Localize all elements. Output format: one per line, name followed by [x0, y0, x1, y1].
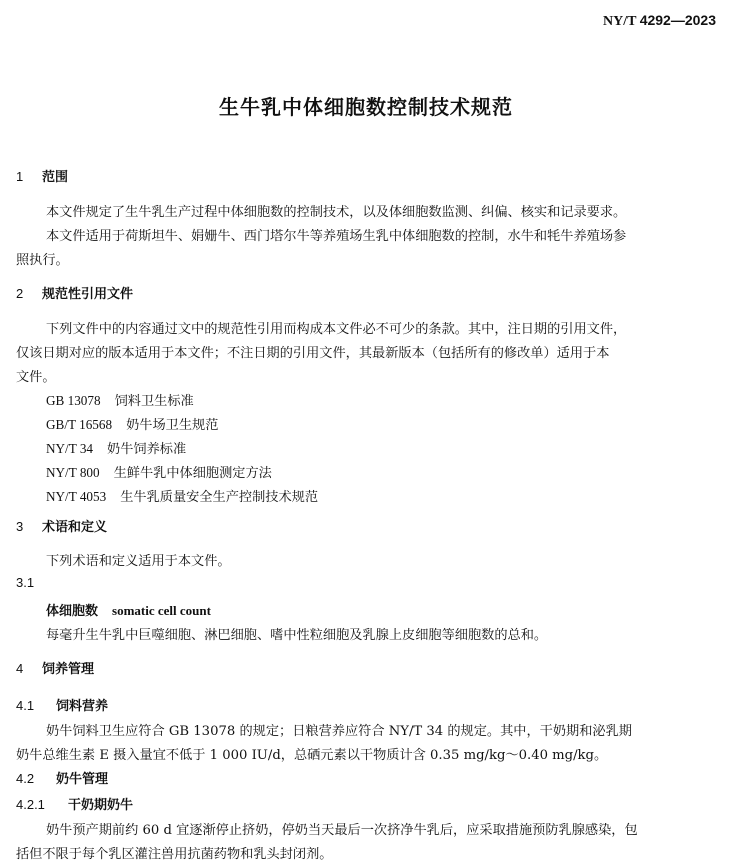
subsection-3-1-heading: 3.1	[16, 575, 42, 591]
paragraph: 本文件适用于荷斯坦牛、娟姗牛、西门塔尔牛等养殖场生乳中体细胞数的控制，水牛和牦牛…	[46, 225, 626, 244]
reference-code: NY/T 800	[46, 465, 100, 481]
section-title: 术语和定义	[42, 520, 107, 535]
section-4-heading: 4饲养管理	[16, 658, 94, 677]
section-title: 范围	[42, 170, 68, 185]
reference-name: 生鲜牛乳中体细胞测定方法	[114, 465, 272, 480]
term-definition: 每毫升生牛乳中巨噬细胞、淋巴细胞、嗜中性粒细胞及乳腺上皮细胞等细胞数的总和。	[46, 624, 547, 643]
reference-item: NY/T 800生鲜牛乳中体细胞测定方法	[46, 462, 272, 481]
section-number: 3	[16, 519, 42, 534]
section-title: 饲料营养	[56, 699, 108, 714]
reference-name: 奶牛饲养标准	[107, 441, 186, 456]
reference-item: GB/T 16568奶牛场卫生规范	[46, 414, 218, 433]
reference-code: NY/T 34	[46, 441, 93, 457]
term-zh: 体细胞数	[46, 604, 98, 619]
reference-item: NY/T 4053生牛乳质量安全生产控制技术规范	[46, 486, 318, 505]
section-title: 饲养管理	[42, 662, 94, 677]
paragraph: 奶牛饲料卫生应符合 GB 13078 的规定；日粮营养应符合 NY/T 34 的…	[46, 720, 632, 739]
section-title: 规范性引用文件	[42, 287, 133, 302]
paragraph: 下列文件中的内容通过文中的规范性引用而构成本文件必不可少的条款。其中，注日期的引…	[46, 318, 626, 337]
term-en: somatic cell count	[112, 603, 211, 618]
section-number: 2	[16, 286, 42, 301]
reference-code: NY/T 4053	[46, 489, 106, 505]
paragraph: 下列术语和定义适用于本文件。	[46, 550, 231, 569]
paragraph-continuation: 括但不限于每个乳区灌注兽用抗菌药物和乳头封闭剂。	[16, 843, 333, 862]
standard-prefix: NY/T	[603, 14, 636, 29]
subsection-4-1-heading: 4.1饲料营养	[16, 695, 108, 714]
section-title: 干奶期奶牛	[68, 798, 133, 813]
standard-code: 4292—2023	[640, 12, 716, 28]
section-number: 3.1	[16, 575, 42, 590]
section-2-heading: 2规范性引用文件	[16, 283, 133, 302]
subsection-4-2-1-heading: 4.2.1干奶期奶牛	[16, 794, 133, 813]
section-number: 4.2	[16, 771, 56, 786]
reference-code: GB/T 16568	[46, 417, 112, 433]
reference-code: GB 13078	[46, 393, 101, 409]
paragraph-continuation: 照执行。	[16, 249, 69, 268]
section-number: 4	[16, 661, 42, 676]
reference-name: 奶牛场卫生规范	[126, 417, 218, 432]
section-number: 1	[16, 169, 42, 184]
reference-name: 饲料卫生标准	[115, 393, 194, 408]
paragraph: 奶牛总维生素 E 摄入量宜不低于 1 000 IU/d，总硒元素以干物质计含 0…	[16, 744, 607, 763]
reference-name: 生牛乳质量安全生产控制技术规范	[120, 489, 318, 504]
paragraph: 仅该日期对应的版本适用于本文件；不注日期的引用文件，其最新版本（包括所有的修改单…	[16, 342, 609, 361]
standard-number: NY/T 4292—2023	[603, 12, 716, 30]
reference-item: GB 13078饲料卫生标准	[46, 390, 194, 409]
paragraph-continuation: 文件。	[16, 366, 56, 385]
paragraph: 奶牛预产期前约 60 d 宜逐渐停止挤奶，停奶当天最后一次挤净牛乳后，应采取措施…	[46, 819, 638, 838]
reference-item: NY/T 34奶牛饲养标准	[46, 438, 186, 457]
subsection-4-2-heading: 4.2奶牛管理	[16, 768, 108, 787]
section-3-heading: 3术语和定义	[16, 516, 107, 535]
section-number: 4.1	[16, 698, 56, 713]
section-title: 奶牛管理	[56, 772, 108, 787]
section-1-heading: 1范围	[16, 166, 68, 185]
paragraph: 本文件规定了生牛乳生产过程中体细胞数的控制技术，以及体细胞数监测、纠偏、核实和记…	[46, 201, 626, 220]
document-title: 生牛乳中体细胞数控制技术规范	[0, 91, 732, 120]
section-number: 4.2.1	[16, 797, 68, 812]
term-entry: 体细胞数somatic cell count	[46, 600, 211, 619]
